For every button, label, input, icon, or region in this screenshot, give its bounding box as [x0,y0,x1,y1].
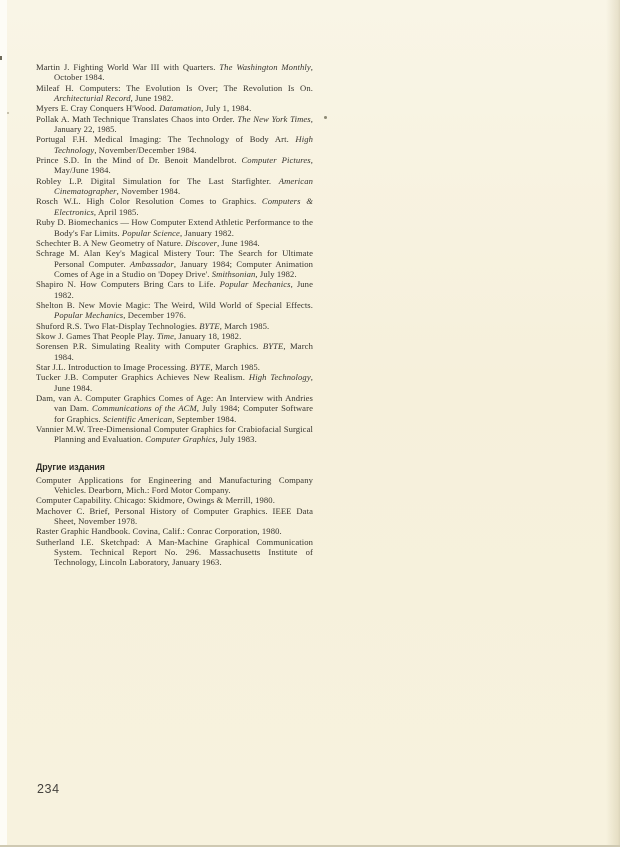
bibliography-entry: Ruby D. Biomechanics — How Computer Exte… [36,217,313,238]
bibliography-entry: Pollak A. Math Technique Translates Chao… [36,114,313,135]
scan-speck [0,56,2,60]
bibliography-entry: Machover C. Brief, Personal History of C… [36,506,313,527]
bibliography-entry: Shuford R.S. Two Flat-Display Technologi… [36,321,313,331]
bibliography-entry: Myers E. Cray Conquers H'Wood. Datamatio… [36,103,313,113]
bibliography-entry: Rosch W.L. High Color Resolution Comes t… [36,196,313,217]
bibliography-entry: Sutherland I.E. Sketchpad: A Man-Machine… [36,537,313,568]
bibliography-entry: Shelton B. New Movie Magic: The Weird, W… [36,300,313,321]
scan-right-shadow [606,0,620,847]
bibliography-entry: Computer Capability. Chicago: Skidmore, … [36,495,313,505]
bibliography-entry: Sorensen P.R. Simulating Reality with Co… [36,341,313,362]
page-number: 234 [37,782,60,797]
scan-left-edge [0,0,7,847]
bibliography-entry: Computer Applications for Engineering an… [36,475,313,496]
bibliography-entry: Schrage M. Alan Key's Magical Mistery To… [36,248,313,279]
bibliography-entry: Mileaf H. Computers: The Evolution Is Ov… [36,83,313,104]
scan-speck [7,112,9,114]
bibliography-entry: Vannier M.W. Tree-Dimensional Computer G… [36,424,313,445]
bibliography-entry: Shapiro N. How Computers Bring Cars to L… [36,279,313,300]
bibliography-entry: Robley L.P. Digital Simulation for The L… [36,176,313,197]
bibliography-entry: Dam, van A. Computer Graphics Comes of A… [36,393,313,424]
bibliography-entry: Portugal F.H. Medical Imaging: The Techn… [36,134,313,155]
other-publications-heading: Другие издания [36,462,313,472]
bibliography-entry: Raster Graphic Handbook. Covina, Calif.:… [36,526,313,536]
scan-speck [324,116,327,119]
bibliography-list: Martin J. Fighting World War III with Qu… [36,62,313,445]
bibliography-entry: Skow J. Games That People Play. Time, Ja… [36,331,313,341]
book-page: Martin J. Fighting World War III with Qu… [0,0,620,847]
bibliography-entry: Martin J. Fighting World War III with Qu… [36,62,313,83]
bibliography-entry: Star J.L. Introduction to Image Processi… [36,362,313,372]
bibliography-entry: Tucker J.B. Computer Graphics Achieves N… [36,372,313,393]
other-publications-list: Computer Applications for Engineering an… [36,475,313,568]
bibliography-entry: Schechter B. A New Geometry of Nature. D… [36,238,313,248]
bibliography-text-block: Martin J. Fighting World War III with Qu… [36,62,313,568]
bibliography-entry: Prince S.D. In the Mind of Dr. Benoit Ma… [36,155,313,176]
